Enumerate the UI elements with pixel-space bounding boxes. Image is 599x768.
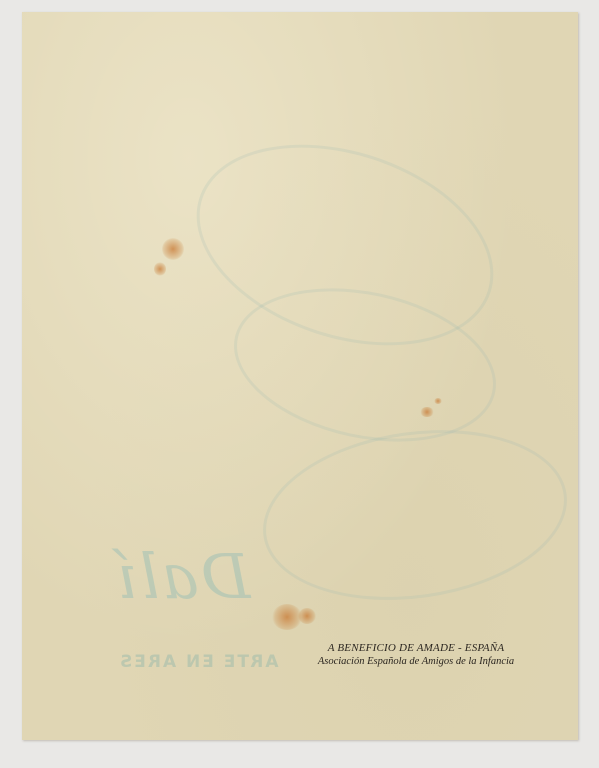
paper-sheet: Dalí ARTE EN ARES <box>22 12 578 740</box>
foxing-spot <box>434 398 442 404</box>
show-through-curve <box>252 412 578 619</box>
caption-block: A BENEFICIO DE AMADE - ESPAÑA Asociación… <box>300 642 532 668</box>
foxing-spot <box>298 608 316 624</box>
show-through-signature: Dalí <box>116 540 250 613</box>
caption-line-2: Asociación Española de Amigos de la Infa… <box>300 655 532 668</box>
show-through-curve <box>220 266 511 464</box>
foxing-spot <box>154 262 166 276</box>
caption-line-1: A BENEFICIO DE AMADE - ESPAÑA <box>300 642 532 655</box>
foxing-spot <box>420 407 434 417</box>
foxing-spot <box>162 238 184 260</box>
show-through-curve <box>171 109 520 380</box>
show-through-lettering: ARTE EN ARES <box>118 652 278 672</box>
